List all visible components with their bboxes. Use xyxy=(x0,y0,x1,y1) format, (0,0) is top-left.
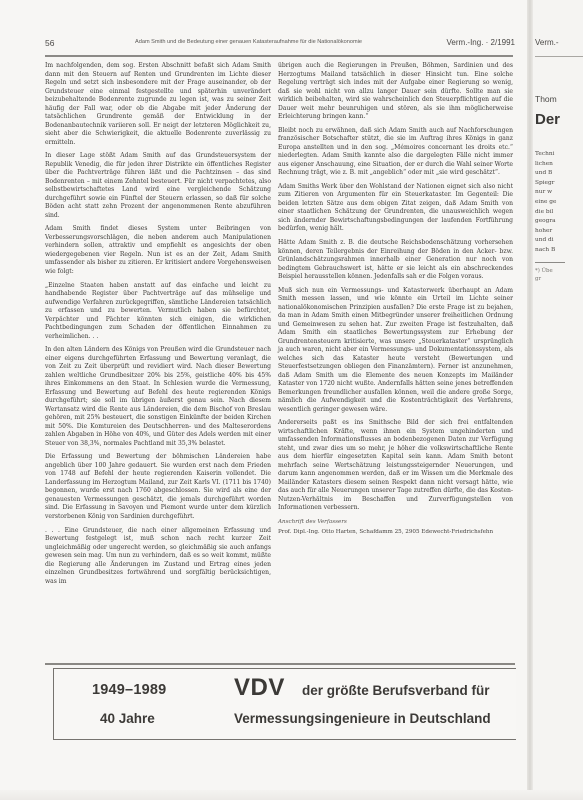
text-line: und di xyxy=(535,236,556,246)
text-line: die bil xyxy=(535,208,556,218)
paragraph: Andererseits paßt es ins Smithsche Bild … xyxy=(278,419,513,513)
header-divider xyxy=(45,55,513,57)
next-page-title: Der xyxy=(535,111,560,128)
scan-bottom-edge xyxy=(0,790,583,800)
quote-paragraph: Die Erfassung und Bewertung der böhmisch… xyxy=(45,453,271,521)
footnote-line: *) Übe xyxy=(535,267,553,275)
text-line: nur w xyxy=(535,188,556,198)
quote-paragraph: übrigen auch die Regierungen in Preußen,… xyxy=(278,62,513,122)
quote-paragraph: „Einzelne Staaten haben anstatt auf das … xyxy=(45,282,271,342)
paragraph: Im nachfolgenden, dem sog. Ersten Abschn… xyxy=(45,62,271,147)
footnote-divider xyxy=(535,262,565,263)
ad-years: 1949–1989 xyxy=(92,682,166,698)
running-title: Adam Smith und die Bedeutung einer genau… xyxy=(135,39,362,45)
text-line: nach B xyxy=(535,246,556,256)
text-line: Spiegr xyxy=(535,179,556,189)
ad-tagline-line2: Vermessungsingenieure in Deutschland xyxy=(234,711,491,726)
text-line: eine ge xyxy=(535,198,556,208)
paragraph: Hätte Adam Smith z. B. die deutsche Reic… xyxy=(278,239,513,282)
next-page-author: Thom xyxy=(535,94,557,104)
paragraph: Adam Smith findet dieses System unter Be… xyxy=(45,225,271,276)
paragraph: Bleibt noch zu erwähnen, daß sich Adam S… xyxy=(278,127,513,178)
paragraph: Muß sich nun ein Vermessungs- und Katast… xyxy=(278,287,513,415)
next-page-footnote: *) Übe gr xyxy=(535,267,553,283)
footnote-line: gr xyxy=(535,275,553,283)
ad-anniversary: 40 Jahre xyxy=(100,711,155,726)
next-page-fragment: Verm.- Thom Der Techni lichen und B Spie… xyxy=(533,0,583,800)
vdv-advertisement: 1949–1989 40 Jahre VDV der größte Berufs… xyxy=(53,668,516,740)
text-line: geogra xyxy=(535,217,556,227)
quote-paragraph: . . . Eine Grundsteuer, die nach einer a… xyxy=(45,527,271,587)
page-number: 56 xyxy=(45,38,54,48)
text-line: lichen xyxy=(535,160,556,170)
journal-issue: Verm.-Ing. · 2/1991 xyxy=(447,38,515,47)
left-column: Im nachfolgenden, dem sog. Ersten Abschn… xyxy=(45,62,271,591)
author-address-label: Anschrift des Verfassers xyxy=(278,518,513,527)
text-line: hoher xyxy=(535,227,556,237)
ad-brand-logo: VDV xyxy=(234,674,285,702)
ad-tagline-line1: der größte Berufsverband für xyxy=(302,683,490,698)
quote-paragraph: In den alten Ländern des Königs von Preu… xyxy=(45,346,271,448)
footer-divider xyxy=(45,663,515,665)
text-line: und B xyxy=(535,169,556,179)
author-address: Prof. Dipl.-Ing. Otto Harten, Schafdamm … xyxy=(278,528,513,537)
journal-page: 56 Adam Smith und die Bedeutung einer ge… xyxy=(0,0,527,800)
text-line: Techni xyxy=(535,150,556,160)
next-page-text: Techni lichen und B Spiegr nur w eine ge… xyxy=(535,150,556,256)
page-header: 56 Adam Smith und die Bedeutung einer ge… xyxy=(45,38,515,52)
next-page-divider xyxy=(535,56,583,57)
next-page-journal: Verm.- xyxy=(535,38,559,47)
paragraph: Adam Smiths Werk über den Wohlstand der … xyxy=(278,183,513,234)
paragraph: In dieser Lage stößt Adam Smith auf das … xyxy=(45,152,271,220)
right-column: übrigen auch die Regierungen in Preußen,… xyxy=(278,62,513,536)
